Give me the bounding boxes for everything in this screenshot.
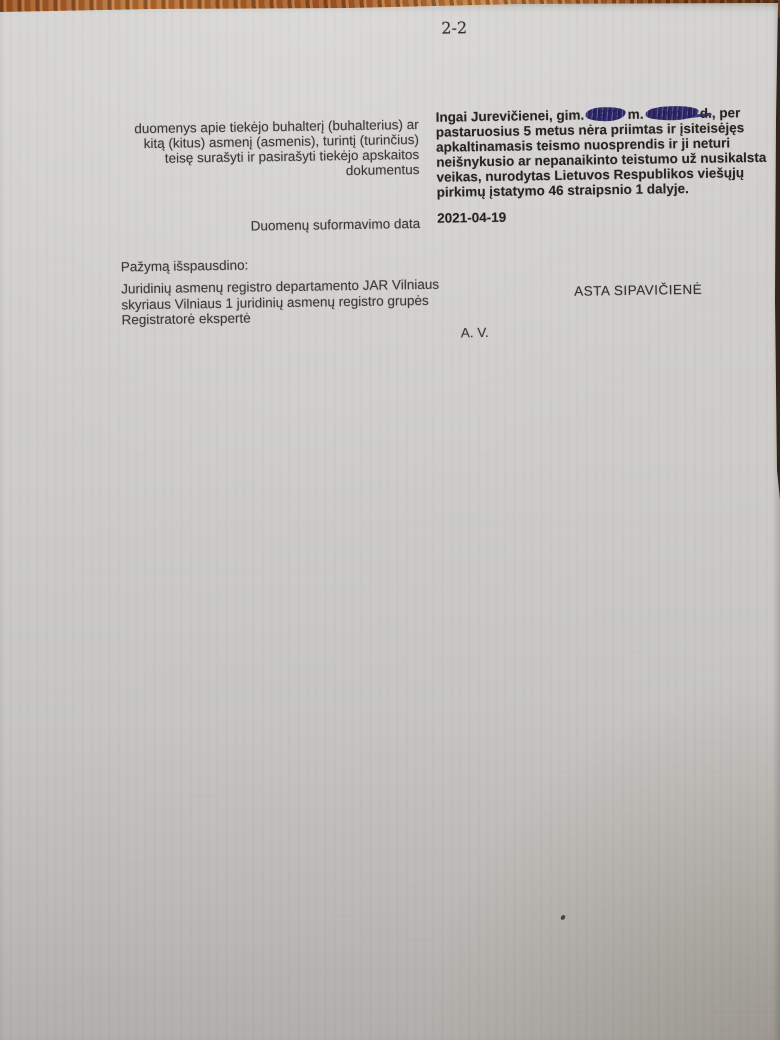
printed-by-label: Pažymą išspausdino: xyxy=(121,258,249,275)
pen-redaction-year: 1973 xyxy=(589,107,623,123)
printer-description-block: Juridinių asmenų registro departamento J… xyxy=(121,276,462,328)
photo-scene: 2-2 duomenys apie tiekėjo buhalterį (buh… xyxy=(0,0,780,1040)
seal-place-mark: A. V. xyxy=(461,325,489,340)
document-content: 2-2 duomenys apie tiekėjo buhalterį (buh… xyxy=(0,0,780,1040)
field-label-block: duomenys apie tiekėjo buhalterį (buhalte… xyxy=(99,117,420,182)
signer-name: ASTA SIPAVIČIENĖ xyxy=(574,282,702,299)
pen-redaction-birthdate: kovo 3 xyxy=(648,106,695,122)
data-formation-date-label: Duomenų suformavimo data xyxy=(100,216,420,236)
statement-block: Ingai Jurevičienei, gim. 1973 m. kovo 3 … xyxy=(436,105,780,200)
statement-line1-middle: m. xyxy=(628,107,644,122)
redacted-birthdate-text: kovo 3 xyxy=(650,106,693,122)
redacted-year-text: 1973 xyxy=(591,107,621,122)
page-number: 2-2 xyxy=(441,20,467,35)
document-paper: 2-2 duomenys apie tiekėjo buhalterį (buh… xyxy=(0,0,780,1040)
data-formation-date-value: 2021-04-19 xyxy=(437,210,506,226)
